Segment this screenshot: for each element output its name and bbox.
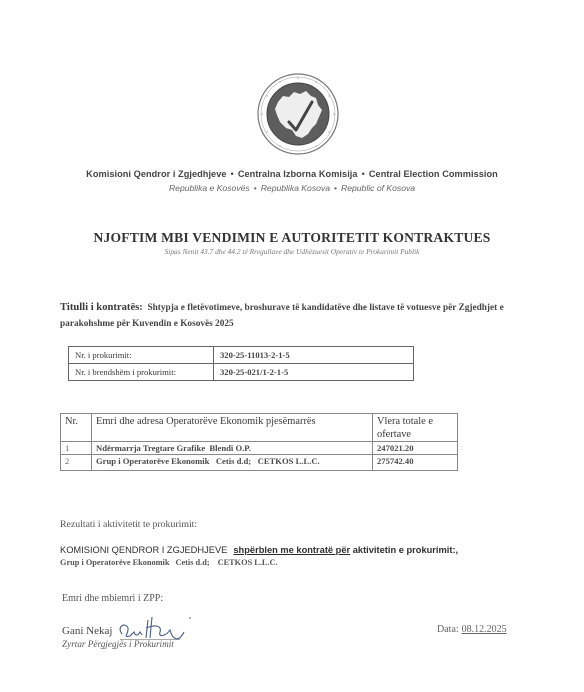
award-action: shpërblen me kontratë për	[233, 545, 350, 555]
kqz-seal-logo	[256, 72, 340, 156]
offer-operator-name: Ndërmarrja Tregtare Grafike Blendi O.P.	[92, 442, 373, 455]
offers-table: Nr. Emri dhe adresa Operatorëve Ekonomik…	[60, 413, 458, 471]
table-row: 1 Ndërmarrja Tregtare Grafike Blendi O.P…	[61, 442, 458, 455]
table-row: Nr. i prokurimit: 320-25-11013-2-1-5	[69, 347, 414, 364]
offer-value: 247021.20	[373, 442, 458, 455]
award-rest: aktivitetin e prokurimit:,	[353, 545, 458, 555]
document-subtitle: Sipas Nenit 43.7 dhe 44.2 të Rregullave …	[0, 247, 584, 256]
republic-serbian: Republika Kosova	[261, 183, 330, 193]
organization-names: Komisioni Qendror i Zgjedhjeve•Centralna…	[0, 169, 584, 179]
table-header-row: Nr. Emri dhe adresa Operatorëve Ekonomik…	[61, 414, 458, 442]
separator-dot: •	[362, 169, 365, 179]
republic-names: Republika e Kosovës•Republika Kosova•Rep…	[0, 183, 584, 193]
signer-name: Gani Nekaj	[62, 625, 112, 637]
result-label: Rezultati i aktivitetit te prokurimit:	[60, 519, 197, 530]
column-header-operator: Emri dhe adresa Operatorëve Ekonomik pje…	[92, 414, 373, 442]
signer-role: Zyrtar Përgjegjës i Prokurimit	[62, 639, 174, 649]
separator-dot: •	[254, 183, 257, 193]
offer-value: 275742.40	[373, 455, 458, 471]
offer-nr: 2	[61, 455, 92, 471]
date-label: Data:	[437, 624, 459, 635]
award-statement: KOMISIONI QENDROR I ZGJEDHJEVEshpërblen …	[60, 545, 458, 555]
org-name-albanian: Komisioni Qendror i Zgjedhjeve	[86, 169, 226, 179]
date-block: Data:08.12.2025	[437, 624, 507, 635]
internal-procurement-number-label: Nr. i brendshëm i prokurimit:	[69, 364, 214, 381]
offer-operator-name: Grup i Operatorëve Ekonomik Cetis d.d; C…	[92, 455, 373, 471]
contract-title-block: Titulli i kontratës: Shtypja e fletëvoti…	[60, 300, 540, 332]
offer-nr: 1	[61, 442, 92, 455]
org-name-english: Central Election Commission	[369, 169, 498, 179]
republic-english: Republic of Kosova	[341, 183, 415, 193]
contract-title-label: Titulli i kontratës:	[60, 302, 143, 313]
winning-operator: Grup i Operatorëve EkonomikCetis d.d;CET…	[60, 558, 278, 567]
date-value: 08.12.2025	[462, 624, 507, 635]
winner-prefix: Grup i Operatorëve Ekonomik	[60, 558, 169, 567]
winner-member-2: CETKOS L.L.C.	[218, 558, 278, 567]
winner-member-1: Cetis d.d;	[175, 558, 209, 567]
org-name-serbian: Centralna Izborna Komisija	[238, 169, 358, 179]
separator-dot: •	[231, 169, 234, 179]
table-row: 2 Grup i Operatorëve Ekonomik Cetis d.d;…	[61, 455, 458, 471]
procurement-number-value: 320-25-11013-2-1-5	[214, 347, 414, 364]
internal-procurement-number-value: 320-25-021/1-2-1-5	[214, 364, 414, 381]
column-header-value: Vlera totale e ofertave	[373, 414, 458, 442]
republic-albanian: Republika e Kosovës	[169, 183, 250, 193]
table-row: Nr. i brendshëm i prokurimit: 320-25-021…	[69, 364, 414, 381]
procurement-number-label: Nr. i prokurimit:	[69, 347, 214, 364]
separator-dot: •	[334, 183, 337, 193]
column-header-nr: Nr.	[61, 414, 92, 442]
awarding-organization: KOMISIONI QENDROR I ZGJEDHJEVE	[60, 545, 227, 555]
zpp-name-label: Emri dhe mbiemri i ZPP:	[62, 593, 163, 604]
procurement-number-table: Nr. i prokurimit: 320-25-11013-2-1-5 Nr.…	[68, 346, 414, 381]
document-title: NJOFTIM MBI VENDIMIN E AUTORITETIT KONTR…	[0, 230, 584, 246]
